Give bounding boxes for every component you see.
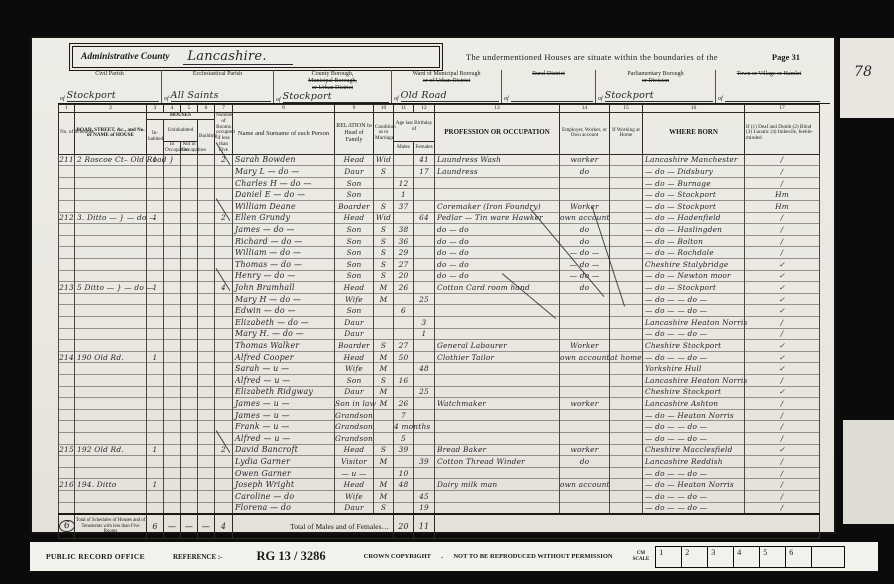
cell-rooms: 2 [215,212,233,224]
cell-infirmity-mark: ∕ [745,467,820,479]
cell-where-born: Lancashire Reddish [643,456,745,468]
cell-working-home [610,235,643,247]
table-row: 2112 Roscoe Ct– Old Road }12Sarah Bowden… [59,154,820,166]
ruler-cell: 5 [759,546,785,568]
cell-age-female [414,305,435,317]
cell-infirmity-mark: ✓ [745,293,820,305]
cell-total-not-occ: — [181,514,198,539]
cell-uninhabited-not-occ [181,409,198,421]
cell-relation: Wife [335,293,374,305]
table-row: Mary L — do —DaurS17Laundressdo— do — Di… [59,166,820,178]
cell-condition [374,432,394,444]
area-value-line: of [504,96,593,102]
cell-schedule [59,177,75,189]
cell-working-home [610,154,643,166]
cell-infirmity-mark: ✓ [745,270,820,282]
cell-inhabited [147,177,164,189]
cell-age-female: 64 [414,212,435,224]
cell-employment: do [560,235,610,247]
cell-occupation: do — do [435,224,560,236]
area-label-line: or Division [598,78,713,85]
cell-age-male [394,317,414,329]
scanned-census-page: Administrative County Lancashire. The un… [0,0,894,584]
cell-employment [560,421,610,433]
area-box: Town or Village or Hamletof [716,70,822,103]
cell-occupation: Cotton Thread Winder [435,456,560,468]
cell-condition: Wid [374,154,394,166]
cell-schedule [59,386,75,398]
cell-building [198,166,215,178]
area-label: County Borough,Municipal Borough,or Urba… [276,71,389,92]
cell-age-male: 27 [394,259,414,271]
cell-uninhabited-in-occ [164,201,181,213]
cell-age-female [414,201,435,213]
cell-occupation [435,189,560,201]
cell-inhabited [147,502,164,514]
cell-rooms [215,293,233,305]
cell-infirmity-mark: ✓ [745,351,820,363]
area-box: County Borough,Municipal Borough,or Urba… [274,70,392,103]
cell-where-born: — do — — do — [643,293,745,305]
cell-rooms [215,270,233,282]
cell-rooms [215,235,233,247]
cell-occupation: do — do [435,247,560,259]
cell-condition: M [374,282,394,294]
cell-where-born: — do — Stockport [643,201,745,213]
cell-total-inhabited: 6 [147,514,164,539]
ruler-cell: 6 [785,546,811,568]
column-number: 3 [147,105,164,113]
cell-schedule [59,305,75,317]
cell-condition: S [374,444,394,456]
cell-where-born: — do — Stockport [643,189,745,201]
cell-age-male: 6 [394,305,414,317]
table-row: William DeaneBoarderS37Coremaker (Iron F… [59,201,820,213]
cell-inhabited [147,166,164,178]
area-label-line: Civil Parish [60,71,159,78]
cell-inhabited [147,456,164,468]
cell-uninhabited-not-occ [181,259,198,271]
table-row: James — do —SonS38do — dodo— do — Haslin… [59,224,820,236]
cell-building [198,212,215,224]
cell-inhabited [147,201,164,213]
cell-working-home [610,201,643,213]
column-number: 14 [560,105,610,113]
cell-relation: Head [335,351,374,363]
cell-uninhabited-not-occ [181,189,198,201]
table-row: 215192 Old Rd.12David BancroftHeadS39Bre… [59,444,820,456]
cell-inhabited [147,432,164,444]
cell-person-name: Alfred Cooper [233,351,335,363]
cell-uninhabited-in-occ [164,444,181,456]
cell-occupation [435,293,560,305]
column-number: 13 [435,105,560,113]
cell-uninhabited-in-occ [164,247,181,259]
cell-address [75,224,147,236]
piece-number: 78 [854,64,872,80]
area-value: Old Road [401,91,499,102]
cell-address [75,189,147,201]
cell-condition: S [374,224,394,236]
cell-building [198,201,215,213]
cell-occupation [435,177,560,189]
cell-inhabited: 1 [147,351,164,363]
header-not-in-occupation: Not in Occupation [181,142,198,155]
cell-uninhabited-not-occ [181,270,198,282]
cell-uninhabited-in-occ [164,328,181,340]
cell-schedule [59,235,75,247]
cell-relation: Daur [335,386,374,398]
cell-infirmity-mark: ∕ [745,166,820,178]
cell-person-name: Elizabeth Ridgway [233,386,335,398]
cell-age-male: 29 [394,247,414,259]
cell-employment [560,490,610,502]
cell-condition: S [374,201,394,213]
cell-occupation: Bread Baker [435,444,560,456]
cell-relation: Son in law [335,398,374,410]
cell-age-male: 48 [394,479,414,491]
table-row: Edwin — do —Son6— do — — do —✓ [59,305,820,317]
cell-rooms [215,177,233,189]
cell-address [75,398,147,410]
cell-address: 3. Ditto — } — do — [75,212,147,224]
cell-uninhabited-in-occ [164,177,181,189]
cell-uninhabited-not-occ [181,212,198,224]
cell-uninhabited-not-occ [181,224,198,236]
cell-schedule [59,270,75,282]
cell-building [198,444,215,456]
cell-schedule [59,467,75,479]
cell-infirmity-mark: ✓ [745,363,820,375]
cell-building [198,328,215,340]
totals-label: Total of Schedules of Houses and of Tene… [75,514,147,539]
cell-infirmity-mark: ∕ [745,177,820,189]
cell-person-name: James — u — [233,409,335,421]
cell-age-female [414,351,435,363]
cell-employment: — do — [560,247,610,259]
cell-condition [374,317,394,329]
column-number: 10 [374,105,394,113]
cell-address [75,490,147,502]
males-females-label: Total of Males and of Females… [233,514,394,539]
cell-schedule: 214 [59,351,75,363]
cell-age-male [394,212,414,224]
reproduction-notice: NOT TO BE REPRODUCED WITHOUT PERMISSION [453,553,612,560]
cell-relation: Head [335,212,374,224]
cell-rooms [215,421,233,433]
cell-infirmity-mark: ∕ [745,212,820,224]
cell-building [198,317,215,329]
area-label: Rural District [504,71,593,78]
cell-relation: Son [335,189,374,201]
cell-building [198,409,215,421]
cell-building [198,467,215,479]
cell-rooms [215,432,233,444]
area-value [511,101,593,102]
cell-building [198,340,215,352]
cell-employment [560,374,610,386]
cell-age-female: 25 [414,293,435,305]
cm-ruler: 123456 [655,546,845,568]
cell-where-born: — do — Rochdale [643,247,745,259]
cell-where-born: — do — — do — [643,502,745,514]
cell-rooms [215,363,233,375]
cell-building [198,502,215,514]
table-row: James — u —Son in lawM26Watchmakerworker… [59,398,820,410]
cell-age-female [414,479,435,491]
cell-relation: Wife [335,490,374,502]
cell-uninhabited-not-occ [181,398,198,410]
cell-age-female: 1 [414,328,435,340]
cell-uninhabited-in-occ [164,212,181,224]
cell-where-born: — do — Bolton [643,235,745,247]
cell-working-home [610,293,643,305]
cell-working-home [610,328,643,340]
cell-occupation [435,421,560,433]
cell-occupation: Clothier Tailor [435,351,560,363]
cell-age-male: 39 [394,444,414,456]
cell-relation: Visitor [335,456,374,468]
cell-infirmity-mark: ∕ [745,398,820,410]
area-label: Ecclesiastical Parish [164,71,271,78]
cell-age-male [394,490,414,502]
cell-schedule-total: 6 [59,514,75,539]
cell-rooms [215,351,233,363]
cm-scale-label: CM SCALE [633,551,650,563]
cell-building [198,456,215,468]
cell-rooms [215,201,233,213]
cell-where-born: — do — Burnage [643,177,745,189]
cell-person-name: James — u — [233,398,335,410]
cell-employment: — do — [560,259,610,271]
cell-schedule [59,490,75,502]
cell-condition: S [374,374,394,386]
cell-inhabited [147,363,164,375]
cell-uninhabited-in-occ [164,363,181,375]
cell-infirmity-mark: ∕ [745,421,820,433]
cell-rooms [215,386,233,398]
cell-condition [374,421,394,433]
cell-rooms [215,490,233,502]
cell-schedule [59,456,75,468]
cell-total-building: — [198,514,215,539]
cell-total-in-occ: — [164,514,181,539]
cell-age-female [414,247,435,259]
table-row: Mary H. — do —Daur1— do — — do —∕ [59,328,820,340]
of-prefix: of [504,96,509,102]
cell-address [75,456,147,468]
cell-working-home [610,456,643,468]
area-value-line: ofAll Saints [164,91,271,102]
cell-age-male [394,293,414,305]
cell-address: 2 Roscoe Ct– Old Road } [75,154,147,166]
cell-address [75,293,147,305]
cell-person-name: Alfred — u — [233,374,335,386]
cell-uninhabited-not-occ [181,363,198,375]
cell-inhabited [147,421,164,433]
cell-schedule [59,189,75,201]
cell-address [75,374,147,386]
cell-rooms [215,467,233,479]
cell-uninhabited-in-occ [164,351,181,363]
cell-occupation: Coremaker (Iron Foundry) [435,201,560,213]
cell-building [198,259,215,271]
area-box: Civil ParishofStockport [58,70,162,103]
cell-total-males: 20 [394,514,414,539]
cell-employment: worker [560,444,610,456]
cell-relation: Son [335,259,374,271]
cell-uninhabited-in-occ [164,479,181,491]
table-row: 2135 Ditto — } — do —14John BramhallHead… [59,282,820,294]
area-value-line: ofStockport [60,91,159,102]
cell-address [75,247,147,259]
cell-occupation: Laundress [435,166,560,178]
column-number: 9 [335,105,374,113]
cell-address [75,235,147,247]
table-row: Charles H — do —Son12— do — Burnage∕ [59,177,820,189]
area-label: Ward of Municipal Boroughor of Urban Dis… [394,71,499,85]
cell-age-female [414,235,435,247]
cell-working-home [610,467,643,479]
cell-person-name: Lydia Garner [233,456,335,468]
cell-condition [374,305,394,317]
of-prefix: of [276,97,281,103]
cell-where-born: — do — — do — [643,305,745,317]
cell-relation: Boarder [335,340,374,352]
cm-scale-line2: SCALE [633,557,650,563]
cell-person-name: Sarah — u — [233,363,335,375]
cell-uninhabited-not-occ [181,490,198,502]
cell-condition: S [374,340,394,352]
cell-uninhabited-not-occ [181,305,198,317]
column-number: 6 [198,105,215,113]
cell-age-female [414,340,435,352]
cell-age-female: 25 [414,386,435,398]
header-females: Females [414,142,435,155]
cell-address [75,363,147,375]
cell-infirmity-mark: ✓ [745,340,820,352]
cell-condition: S [374,235,394,247]
cell-occupation: General Labourer [435,340,560,352]
cell-occupation [435,502,560,514]
cell-where-born: — do — Newton moor [643,270,745,282]
cell-age-female [414,259,435,271]
cell-person-name: Charles H — do — [233,177,335,189]
cell-infirmity-mark: ∕ [745,432,820,444]
cell-occupation: Cotton Card room hand [435,282,560,294]
cell-person-name: Thomas — do — [233,259,335,271]
cell-schedule [59,293,75,305]
cell-relation: Daur [335,328,374,340]
cell-age-male: 26 [394,282,414,294]
cell-inhabited [147,374,164,386]
cell-person-name: Richard — do — [233,235,335,247]
area-label-line: County Borough, [276,71,389,78]
cell-relation: Grandson [335,409,374,421]
table-row: Sarah — u —WifeM48Yorkshire Hull✓ [59,363,820,375]
cell-working-home [610,247,643,259]
table-row: Richard — do —SonS36do — dodo— do — Bolt… [59,235,820,247]
cell-infirmity-mark: ∕ [745,154,820,166]
cell-relation: Son [335,224,374,236]
column-number: 8 [233,105,335,113]
table-row: Alfred — u —Grandson5— do — — do —∕ [59,432,820,444]
area-label: Parliamentary Boroughor Division [598,71,713,85]
cell-infirmity-mark: ∕ [745,490,820,502]
area-label-line: Ward of Municipal Borough [394,71,499,78]
cell-where-born: — do — Haslingden [643,224,745,236]
cell-rooms [215,502,233,514]
cell-age-male [394,363,414,375]
cell-person-name: Caroline — do [233,490,335,502]
cell-infirmity-mark: ∕ [745,317,820,329]
cell-schedule [59,247,75,259]
ruler-cell: 1 [655,546,681,568]
cell-infirmity-mark: Hm [745,189,820,201]
cell-infirmity-mark: ∕ [745,224,820,236]
cell-occupation: Dairy milk man [435,479,560,491]
cell-condition [374,189,394,201]
cell-working-home [610,409,643,421]
area-value: Stockport [605,91,713,102]
cell-condition [374,409,394,421]
ruler-cell: 2 [681,546,707,568]
parish-header-row: Civil ParishofStockportEcclesiastical Pa… [58,70,830,104]
cell-schedule: 216 [59,479,75,491]
cell-working-home [610,270,643,282]
cell-building [198,282,215,294]
table-row: Henry — do —SonS20do — do— do —— do — Ne… [59,270,820,282]
cell-infirmity-mark: ✓ [745,305,820,317]
cell-uninhabited-in-occ [164,456,181,468]
area-value [725,101,820,102]
table-row: Thomas — do —SonS27do — do— do —Cheshire… [59,259,820,271]
cell-inhabited: 1 [147,444,164,456]
cell-uninhabited-in-occ [164,317,181,329]
cell-infirmity-mark: ∕ [745,328,820,340]
cell-person-name: Sarah Bowden [233,154,335,166]
cell-employment: own account [560,212,610,224]
cell-uninhabited-in-occ [164,409,181,421]
cell-employment [560,293,610,305]
cell-schedule [59,374,75,386]
cell-relation: Son [335,247,374,259]
adjacent-page-corner: 78 [840,38,894,118]
cell-employment: own account [560,479,610,491]
cell-person-name: Florena — do [233,502,335,514]
cell-uninhabited-not-occ [181,328,198,340]
cell-relation: — u — [335,467,374,479]
cell-rooms [215,189,233,201]
cell-uninhabited-not-occ [181,293,198,305]
cell-age-female [414,444,435,456]
page-edge-scrap [843,420,894,524]
cell-occupation: Pedlar — Tin ware Hawker [435,212,560,224]
cell-uninhabited-not-occ [181,351,198,363]
cell-employment [560,502,610,514]
cell-where-born: — do — — do — [643,490,745,502]
cell-address [75,259,147,271]
cell-condition: M [374,479,394,491]
cell-inhabited [147,398,164,410]
cell-employment [560,177,610,189]
county-header-row: Administrative County Lancashire. The un… [58,44,830,70]
cell-rooms [215,166,233,178]
cell-employment [560,386,610,398]
area-value-line: ofStockport [276,92,389,103]
cell-relation: Head [335,154,374,166]
cell-where-born: Cheshire Stockport [643,340,745,352]
